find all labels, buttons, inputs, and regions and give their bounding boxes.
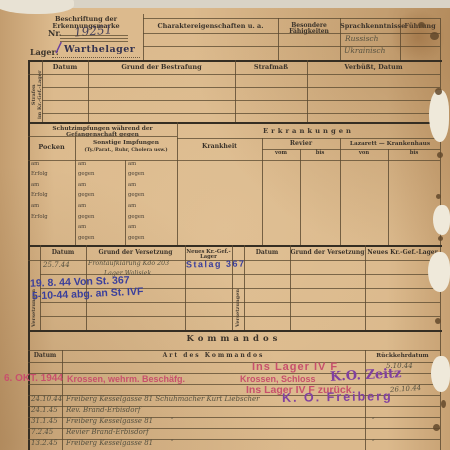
komm-row-date: 13.2.45 [31, 440, 61, 447]
rule-line [40, 302, 440, 303]
vaccination-cell: Erfolg [31, 215, 48, 221]
rule-line [125, 160, 126, 245]
vaccination-cell: am [78, 162, 86, 168]
ins-lager-stamp: Ins Lager IV F [252, 362, 338, 374]
rule-line [177, 138, 440, 139]
rule-line [340, 138, 341, 245]
rule-line [60, 41, 128, 42]
kommandos-title: Kommandos [28, 335, 440, 344]
paper-spot [437, 152, 443, 158]
vaccinations-col-sonstige-detail: (Ty./Parat., Ruhr, Cholera usw.) [75, 148, 177, 153]
section-border [28, 245, 442, 247]
illnesses-title: Erkrankungen [177, 128, 440, 135]
illness-col-lazarett: Lazarett — Krankenhaus [340, 141, 440, 147]
vaccination-cell: gegen [128, 193, 144, 199]
rule-line [388, 149, 389, 245]
vaccination-cell: Erfolg [31, 172, 48, 178]
transfer-col-datum-r: Datum [244, 250, 290, 256]
rule-line [28, 74, 440, 75]
punishment-col-grund: Grund der Bestrafung [88, 64, 235, 71]
paper-tear [433, 205, 450, 235]
paper-tear [431, 356, 450, 392]
vaccinations-col-sonstige: Sonstige Impfungen [75, 140, 177, 146]
rule-line [28, 160, 440, 161]
vaccination-cell: Erfolg [31, 193, 48, 199]
col-header-characteristics: Charaktereigenschaften u. a. [143, 23, 278, 30]
illness-lazarett-bis: bis [388, 151, 440, 156]
transfer-col-neues-r: Neues Kr.-Gef.-Lager [365, 250, 440, 256]
section-border [28, 330, 442, 332]
komm-row-text: Freiberg Kesselgasse 81 ″ [66, 440, 356, 447]
kommandos-col-datum: Datum [28, 353, 62, 359]
rule-line [75, 136, 76, 245]
rule-line [42, 100, 440, 101]
vaccination-cell: gegen [78, 172, 94, 178]
date-stamp: 6. OKT. 1944 [4, 374, 63, 385]
vaccination-cell: am [78, 204, 86, 210]
kommandos-col-rueckkehr: Rückkehrdatum [365, 353, 440, 359]
komm-row-return: ″ [372, 418, 432, 425]
rule-line [143, 18, 440, 19]
rule-line [28, 350, 440, 351]
stalag-367-stamp: Stalag 367 [186, 259, 246, 269]
paper-tear [429, 90, 449, 142]
col-header-abilities: Besondere Fähigkeiten [278, 23, 340, 36]
paper-tear [428, 252, 450, 292]
vaccination-cell: am [31, 183, 39, 189]
vaccination-cell: gegen [128, 236, 144, 242]
rule-line [28, 362, 440, 363]
transfer-entry-date: 25.7.44 [43, 262, 70, 269]
paper-spot [433, 424, 440, 431]
vaccination-cell: gegen [128, 172, 144, 178]
rule-line [300, 149, 301, 245]
paper-spot [435, 88, 442, 95]
rule-line [177, 122, 178, 245]
vaccination-cell: am [128, 183, 136, 189]
languages-entry-2: Ukrainisch [344, 47, 385, 55]
vaccination-cell: am [78, 183, 86, 189]
vaccination-cell: am [128, 162, 136, 168]
rule-line [42, 87, 440, 88]
id-number-label: Nr. [48, 29, 62, 37]
rule-line [52, 57, 140, 58]
illness-revier-vom: vom [262, 151, 300, 156]
paper-spot [418, 22, 425, 28]
vaccination-cell: am [31, 162, 39, 168]
komm-row-text: Freiberg Kesselgasse 81 ″ [66, 418, 356, 425]
komm-row-text: Freiberg Kesselgasse 81 Schuhmacher Kurt… [66, 396, 356, 403]
komm-row-text: Revier Brand-Erbisdorf [66, 429, 356, 436]
komm-row-text: Rev. Brand-Erbisdorf [66, 407, 356, 414]
paper-spot [441, 400, 446, 408]
rule-line [262, 138, 263, 245]
vaccination-cell: am [78, 225, 86, 231]
komm-row-date: 24.10.44 [31, 396, 61, 403]
komm-row-date: 24.1.45 [31, 407, 61, 414]
vaccination-cell: gegen [78, 193, 94, 199]
illness-revier-bis: bis [300, 151, 340, 156]
komm-row-date: 31.1.45 [31, 418, 61, 425]
rule-line [60, 35, 128, 36]
illness-lazarett-von: von [340, 151, 388, 156]
punishment-col-datum: Datum [42, 64, 88, 71]
rule-line [143, 14, 144, 60]
rule-line [62, 350, 63, 450]
rule-line [40, 316, 440, 317]
vaccination-cell: am [128, 204, 136, 210]
krossen-stamp-1: Krossen, wehrm. Beschäfg. [67, 375, 185, 384]
rule-line [60, 38, 128, 39]
transfer-col-datum-l: Datum [40, 250, 86, 256]
camp-stamp: Warthelager [64, 45, 135, 55]
card-left-border [28, 60, 30, 450]
transfer-entry-reason-1: Frontaufklärung Kdo 203 [88, 261, 169, 268]
vaccination-cell: gegen [78, 215, 94, 221]
vaccination-cell: gegen [128, 215, 144, 221]
paper-spot [435, 318, 441, 324]
transfer-col-grund-l: Grund der Versetzung [86, 250, 185, 256]
rule-line [28, 136, 177, 137]
transfers-side-label-right: Versetzungen [235, 289, 241, 327]
punishment-col-strafmass: Strafmaß [235, 64, 307, 71]
col-header-languages: Sprachkenntnisse [340, 23, 400, 30]
paper-spot [438, 236, 443, 241]
section-border [28, 122, 442, 124]
rule-line [42, 113, 440, 114]
vaccination-cell: am [128, 225, 136, 231]
languages-entry-1: Russisch [345, 35, 378, 43]
pow-record-card: Beschriftung der Erkennungsmarke Nr. 192… [0, 0, 450, 450]
transfer-col-grund-r: Grund der Versetzung [290, 250, 365, 256]
vaccination-cell: am [31, 204, 39, 210]
vaccinations-col-pocken: Pocken [28, 144, 75, 151]
kommandos-col-art: Art des Kommandos [62, 353, 365, 359]
illness-col-revier: Revier [262, 141, 340, 148]
paper-spot [436, 194, 441, 199]
vaccination-cell: gegen [78, 236, 94, 242]
illness-col-krankheit: Krankheit [177, 144, 262, 151]
paper-spot [430, 32, 439, 40]
komm-row-return: ″ [372, 440, 432, 447]
komm-row-date: 7.2.45 [31, 429, 61, 436]
